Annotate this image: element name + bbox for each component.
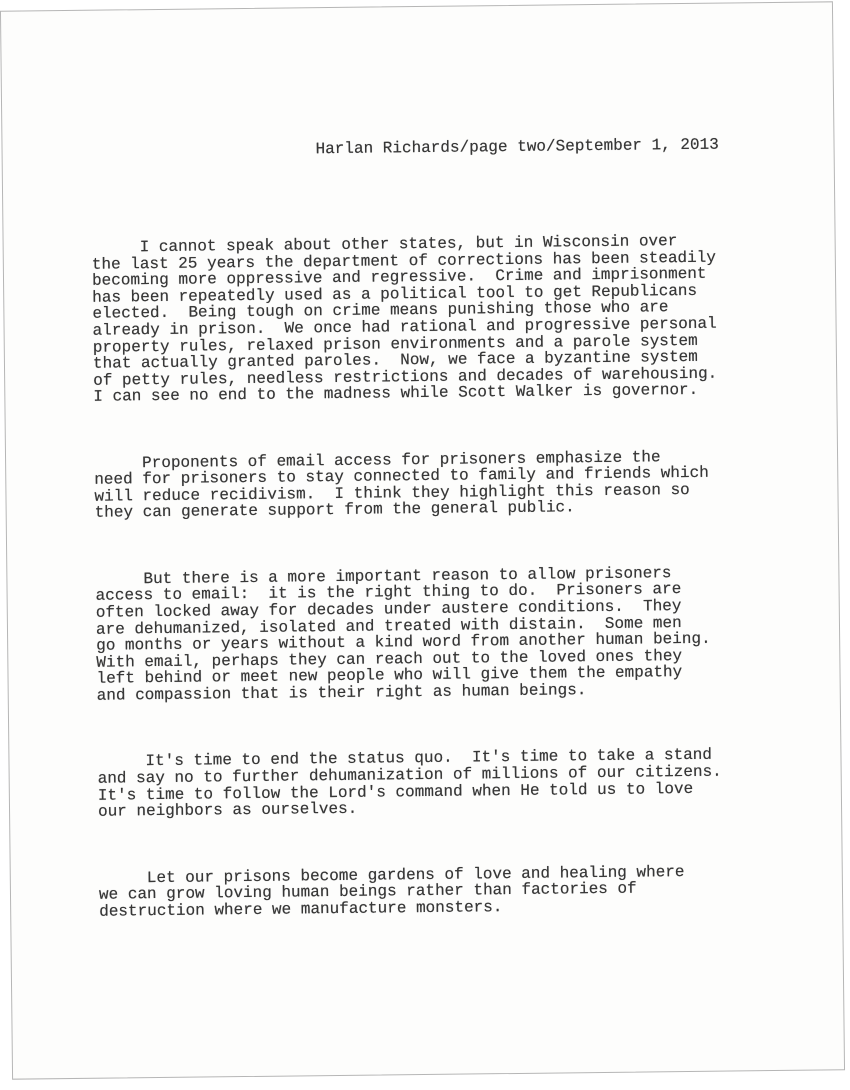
document-page: Harlan Richards/page two/September 1, 20… (0, 1, 845, 1079)
page-header: Harlan Richards/page two/September 1, 20… (315, 136, 813, 158)
scan-background: Harlan Richards/page two/September 1, 20… (0, 0, 850, 1090)
paragraph-4: It's time to end the status quo. It's ti… (97, 746, 821, 821)
paragraph-2: Proponents of email access for prisoners… (94, 447, 818, 522)
page-content: Harlan Richards/page two/September 1, 20… (1, 2, 843, 954)
paragraph-3: But there is a more important reason to … (95, 563, 819, 704)
paragraph-1: I cannot speak about other states, but i… (92, 232, 817, 406)
paragraph-5: Let our prisons become gardens of love a… (99, 862, 823, 920)
